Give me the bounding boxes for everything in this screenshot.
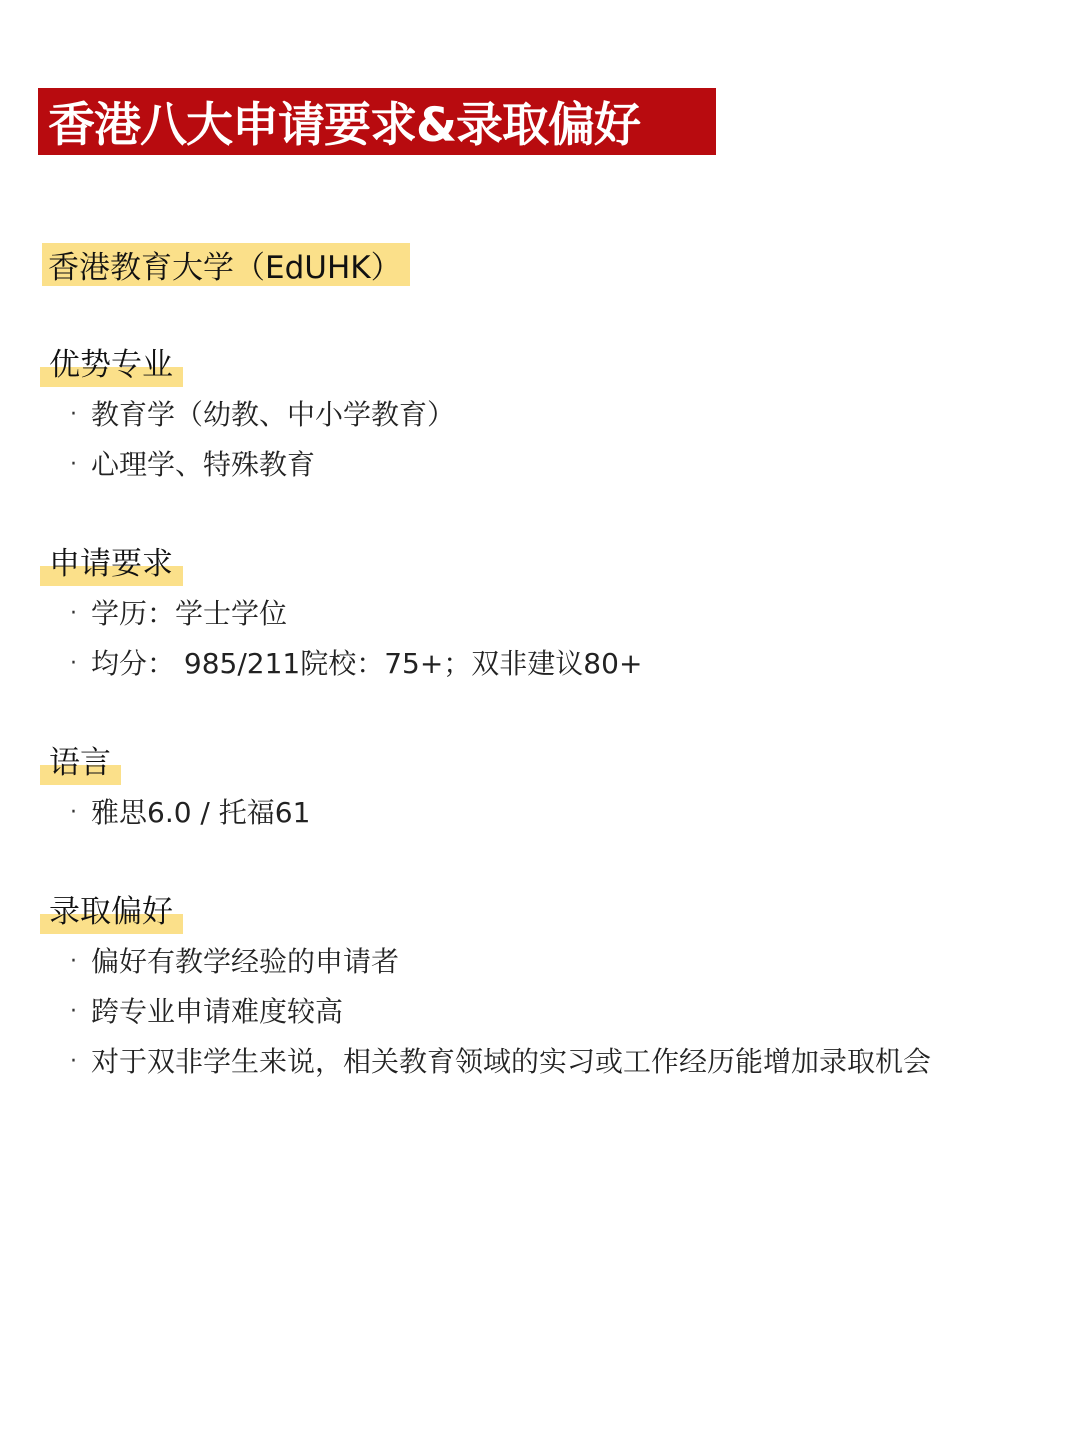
list-item: ·跨专业申请难度较高	[40, 987, 931, 1037]
section-heading: 申请要求	[40, 542, 183, 586]
bullet-icon: ·	[70, 639, 77, 689]
list-item: ·均分： 985/211院校：75+；双非建议80+	[40, 639, 642, 689]
title-banner: 香港八大申请要求&录取偏好	[38, 88, 716, 155]
strengths-list: ·教育学（幼教、中小学教育） ·心理学、特殊教育	[40, 390, 455, 490]
list-item: ·学历：学士学位	[40, 589, 642, 639]
bullet-icon: ·	[70, 937, 77, 987]
list-item: ·偏好有教学经验的申请者	[40, 937, 931, 987]
bullet-icon: ·	[70, 987, 77, 1037]
section-requirements: 申请要求 ·学历：学士学位 ·均分： 985/211院校：75+；双非建议80+	[40, 542, 642, 689]
section-strengths: 优势专业 ·教育学（幼教、中小学教育） ·心理学、特殊教育	[40, 343, 455, 490]
bullet-icon: ·	[70, 440, 77, 490]
university-name: 香港教育大学（EdUHK）	[42, 243, 410, 286]
page-title: 香港八大申请要求&录取偏好	[48, 88, 640, 155]
section-heading: 录取偏好	[40, 890, 183, 934]
list-item: ·对于双非学生来说，相关教育领域的实习或工作经历能增加录取机会	[40, 1037, 931, 1087]
section-admission-preference: 录取偏好 ·偏好有教学经验的申请者 ·跨专业申请难度较高 ·对于双非学生来说，相…	[40, 890, 931, 1087]
section-heading: 语言	[40, 741, 121, 785]
section-language: 语言 ·雅思6.0 / 托福61	[40, 741, 310, 838]
requirements-list: ·学历：学士学位 ·均分： 985/211院校：75+；双非建议80+	[40, 589, 642, 689]
list-item: ·雅思6.0 / 托福61	[40, 788, 310, 838]
list-item: ·教育学（幼教、中小学教育）	[40, 390, 455, 440]
section-heading: 优势专业	[40, 343, 183, 387]
preference-list: ·偏好有教学经验的申请者 ·跨专业申请难度较高 ·对于双非学生来说，相关教育领域…	[40, 937, 931, 1087]
bullet-icon: ·	[70, 589, 77, 639]
list-item: ·心理学、特殊教育	[40, 440, 455, 490]
language-list: ·雅思6.0 / 托福61	[40, 788, 310, 838]
bullet-icon: ·	[70, 390, 77, 440]
bullet-icon: ·	[70, 1037, 77, 1087]
bullet-icon: ·	[70, 788, 77, 838]
